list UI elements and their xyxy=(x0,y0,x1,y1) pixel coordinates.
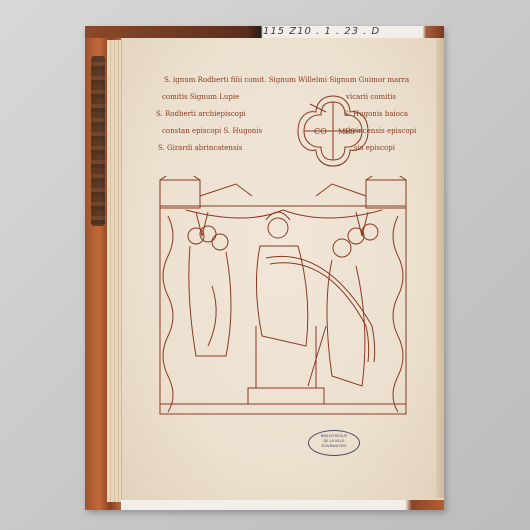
page-right-edge xyxy=(436,38,444,498)
parchment-page: S. ignum Rodberti filii comit. Signum Wi… xyxy=(121,38,438,504)
manuscript-poster: 115 Z10 . 1 . 23 . D S. ignum Rodberti f… xyxy=(85,26,444,510)
svg-text:CO: CO xyxy=(314,127,327,136)
top-edge: 115 Z10 . 1 . 23 . D xyxy=(85,26,444,38)
bottom-edge xyxy=(121,500,444,510)
illustration-drawing xyxy=(156,176,410,420)
inscription-line-5-left: S. Girardi abrincatensis xyxy=(158,144,242,152)
library-stamp: BIBLIOTHEQUE DE LA VILLE D'AVRANCHES xyxy=(308,430,360,456)
stamp-line-3: D'AVRANCHES xyxy=(309,444,359,449)
inscription-line-4-left: constan episcopi S. Hugonis xyxy=(162,127,262,135)
inscription-line-1: S. ignum Rodberti filii comit. Signum Wi… xyxy=(164,76,409,84)
inscription-line-2: comitis Signum Lupie xyxy=(162,93,239,101)
quatrefoil-cross: CO MES xyxy=(292,90,374,172)
shelfmark-label: 115 Z10 . 1 . 23 . D xyxy=(263,26,380,38)
inscription-line-3-left: S. Rodberti archiepiscopi xyxy=(156,110,246,118)
worn-spine xyxy=(91,56,105,226)
svg-text:MES: MES xyxy=(338,128,355,136)
